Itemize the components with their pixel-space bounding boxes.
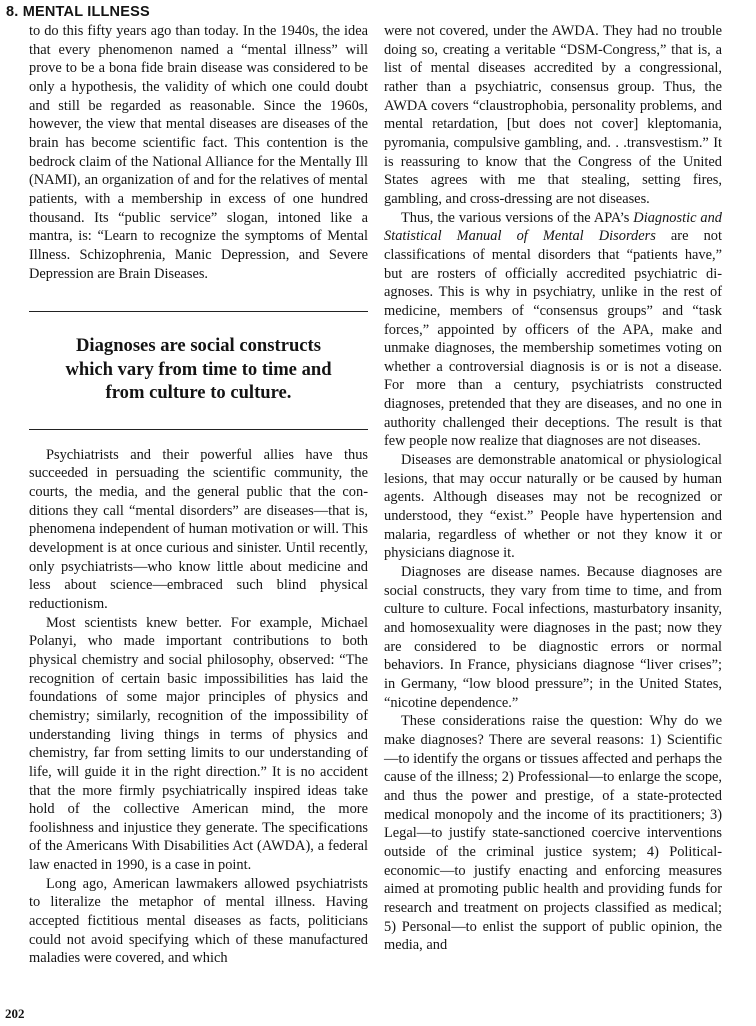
paragraph: Diseases are demonstrable anatomical or …: [384, 451, 722, 563]
paragraph: to do this fifty years ago than today. I…: [29, 22, 368, 283]
text-run: Thus, the various versions of the APA’s: [401, 210, 633, 226]
left-column: to do this fifty years ago than today. I…: [29, 22, 368, 968]
pull-quote: Diagnoses are social constructs which va…: [29, 311, 368, 430]
paragraph: Long ago, American lawmakers allowed psy…: [29, 875, 368, 968]
paragraph: Most scientists knew better. For example…: [29, 614, 368, 875]
right-column: were not covered, under the AWDA. They h…: [384, 22, 722, 955]
pull-quote-line: Diagnoses are social constructs: [29, 334, 368, 358]
pull-quote-line: from culture to culture.: [29, 381, 368, 405]
book-page: 8. MENTAL ILLNESS to do this fifty years…: [0, 0, 756, 1026]
text-run: are not classifications of mental disord…: [384, 228, 722, 449]
paragraph: Psychiatrists and their powerful allies …: [29, 446, 368, 614]
paragraph: were not covered, under the AWDA. They h…: [384, 22, 722, 209]
paragraph: Diagnoses are disease names. Because dia…: [384, 563, 722, 712]
paragraph: These considerations raise the question:…: [384, 712, 722, 955]
page-number: 202: [5, 1006, 25, 1022]
running-head: 8. MENTAL ILLNESS: [6, 4, 150, 20]
pull-quote-line: which vary from time to time and: [29, 358, 368, 382]
paragraph-dsm: Thus, the various versions of the APA’s …: [384, 209, 722, 452]
